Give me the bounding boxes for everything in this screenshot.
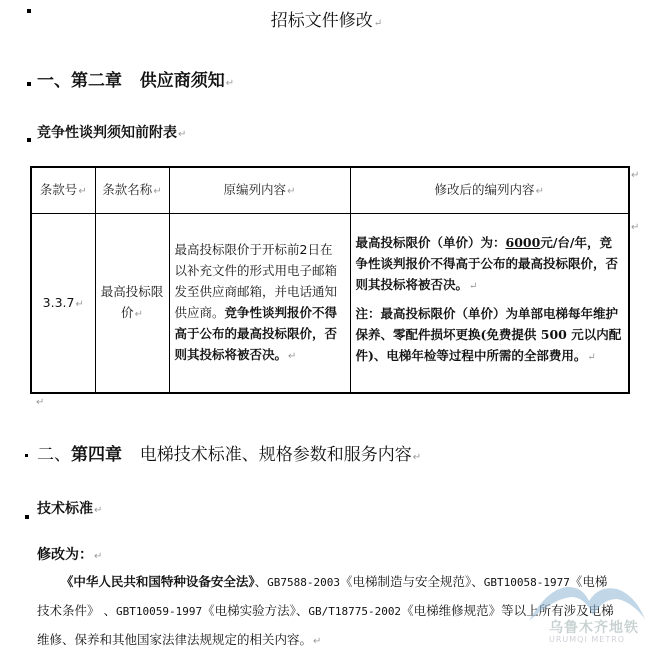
header-clause-no: 条款号↵: [31, 167, 95, 214]
cell-modified: 最高投标限价（单价）为：6000元/台/年，竞争性谈判报价不得高于公布的最高投标…: [350, 214, 629, 394]
row-end-mark: ↵: [631, 170, 639, 181]
modified-price-paragraph: 最高投标限价（单价）为：6000元/台/年，竞争性谈判报价不得高于公布的最高投标…: [356, 232, 624, 297]
table-row: 3.3.7↵ 最高投标限价↵ 最高投标限价于开标前2日在以补充文件的形式用电子邮…: [31, 214, 629, 394]
empty-paragraph-mark: ↵: [36, 397, 44, 408]
section2-subheading: 技术标准↵: [37, 498, 102, 518]
change-label: 修改为：↵: [37, 544, 102, 564]
header-original: 原编列内容↵: [169, 167, 350, 214]
cell-clause-name: 最高投标限价↵: [95, 214, 169, 394]
bullet-marker: [25, 454, 28, 457]
watermark-logo: 乌鲁木齐地铁 URUMQI METRO: [527, 581, 647, 651]
bullet-marker: [25, 515, 29, 519]
bullet-marker: [27, 138, 31, 142]
row-end-mark: ↵: [631, 222, 639, 233]
section1-subheading: 竞争性谈判须知前附表↵: [37, 122, 186, 142]
header-modified: 修改后的编列内容↵: [350, 167, 629, 214]
price-value: 6000: [506, 235, 541, 250]
section2-heading: 二、第四章 电梯技术标准、规格参数和服务内容↵: [37, 440, 421, 465]
bullet-marker: [27, 82, 31, 86]
table-header-row: 条款号↵ 条款名称↵ 原编列内容↵ 修改后的编列内容↵: [31, 167, 629, 214]
cell-clause-no: 3.3.7↵: [31, 214, 95, 394]
section1-heading: 一、第二章 供应商须知↵: [37, 66, 234, 91]
header-clause-name: 条款名称↵: [95, 167, 169, 214]
modified-note-paragraph: 注：最高投标限价（单价）为单部电梯每年维护保养、零配件损坏更换(免费提供 500…: [356, 303, 624, 368]
document-title: 招标文件修改↵: [0, 6, 653, 31]
paragraph-mark: ↵: [374, 18, 382, 29]
clause-table: 条款号↵ 条款名称↵ 原编列内容↵ 修改后的编列内容↵ 3.3.7↵ 最高投标限…: [30, 166, 630, 394]
cell-original: 最高投标限价于开标前2日在以补充文件的形式用电子邮箱发至供应商邮箱，并电话通知供…: [169, 214, 350, 394]
